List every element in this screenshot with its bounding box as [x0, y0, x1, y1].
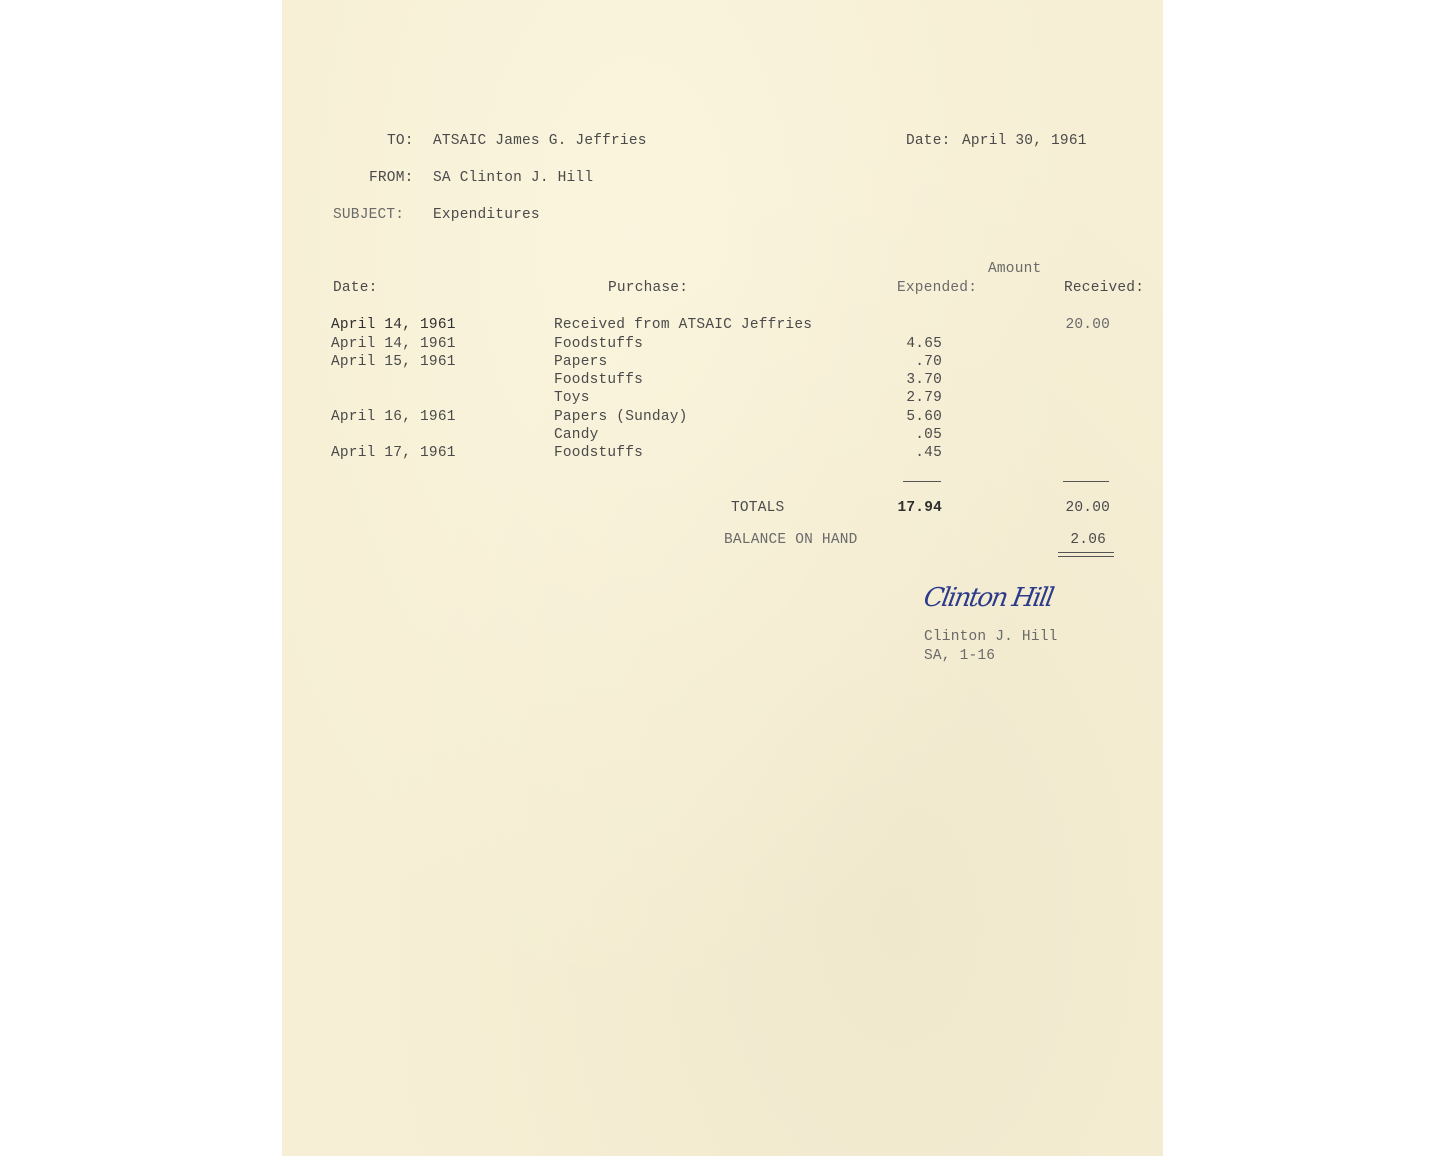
row-date: April 16, 1961: [331, 409, 456, 425]
row-purchase: Foodstuffs: [554, 336, 643, 352]
row-received: 20.00: [1040, 317, 1110, 333]
row-expended: .05: [872, 427, 942, 443]
row-purchase: Papers (Sunday): [554, 409, 688, 425]
row-expended: .45: [872, 445, 942, 461]
column-header-received: Received:: [1064, 280, 1144, 296]
subject-value: Expenditures: [433, 207, 540, 223]
to-value: ATSAIC James G. Jeffries: [433, 133, 647, 149]
date-value: April 30, 1961: [962, 133, 1087, 149]
totals-label: TOTALS: [731, 500, 784, 516]
expended-total-rule: [903, 481, 941, 482]
document-page: [282, 0, 1163, 1156]
balance-underline: [1058, 552, 1114, 553]
row-purchase: Foodstuffs: [554, 372, 643, 388]
received-total-rule: [1063, 481, 1109, 482]
subject-label: SUBJECT:: [333, 207, 404, 223]
column-header-date: Date:: [333, 280, 378, 296]
amount-header: Amount: [988, 261, 1041, 277]
from-label: FROM:: [369, 170, 414, 186]
row-purchase: Toys: [554, 390, 590, 406]
row-purchase: Foodstuffs: [554, 445, 643, 461]
column-header-expended: Expended:: [897, 280, 977, 296]
row-expended: 5.60: [872, 409, 942, 425]
row-expended: 4.65: [872, 336, 942, 352]
balance-double-underline: [1058, 556, 1114, 557]
row-purchase: Papers: [554, 354, 607, 370]
signer-name: Clinton J. Hill: [924, 629, 1058, 645]
total-expended: 17.94: [872, 500, 942, 516]
row-date: April 14, 1961: [331, 336, 456, 352]
row-expended: .70: [872, 354, 942, 370]
balance-label: BALANCE ON HAND: [724, 532, 858, 548]
row-expended: 2.79: [872, 390, 942, 406]
row-expended: 3.70: [872, 372, 942, 388]
row-purchase: Received from ATSAIC Jeffries: [554, 317, 812, 333]
column-header-purchase: Purchase:: [608, 280, 688, 296]
row-purchase: Candy: [554, 427, 599, 443]
row-date: April 15, 1961: [331, 354, 456, 370]
balance-value: 2.06: [1036, 532, 1106, 548]
to-label: TO:: [387, 133, 414, 149]
signer-title: SA, 1-16: [924, 648, 995, 664]
total-received: 20.00: [1040, 500, 1110, 516]
date-label: Date:: [906, 133, 951, 149]
row-date: April 14, 1961: [331, 317, 456, 333]
row-date: April 17, 1961: [331, 445, 456, 461]
from-value: SA Clinton J. Hill: [433, 170, 593, 186]
handwritten-signature: Clinton Hill: [921, 583, 1054, 613]
